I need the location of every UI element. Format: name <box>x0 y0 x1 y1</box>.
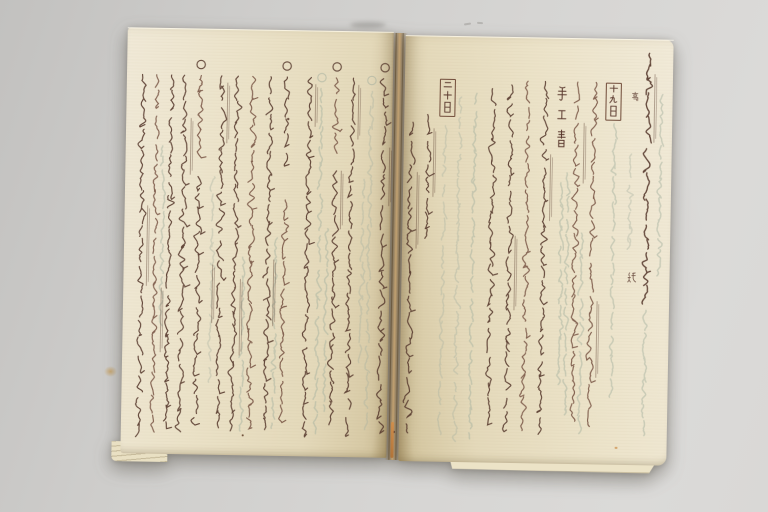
photo-backdrop: 〇 十九日 <box>0 0 768 512</box>
interlinear-note-1: 高 <box>631 91 640 102</box>
section-title-column: 手工書 <box>555 85 569 159</box>
ink-smudge <box>350 22 386 28</box>
stain-spot <box>104 366 117 377</box>
date-header-19-text: 十九日 <box>606 120 607 121</box>
date-header-20-text: 二十日 <box>440 116 441 117</box>
left-page: 〇 <box>120 27 393 458</box>
interlinear-note-2: 紙 <box>626 272 636 284</box>
circle-marker-symbol: 〇 <box>128 27 129 28</box>
date-header-19: 十九日 <box>605 83 622 121</box>
kanji-note-taka <box>631 91 640 102</box>
open-book: 〇 十九日 <box>120 25 676 470</box>
ink-speck <box>242 434 244 436</box>
kanji-title-glyphs <box>555 85 569 159</box>
date-header-20: 二十日 <box>439 79 456 117</box>
binding-thread <box>390 422 394 458</box>
kanji-20-glyphs <box>440 80 455 116</box>
kanji-19-glyphs <box>606 84 621 120</box>
pencil-mark <box>477 22 483 25</box>
pencil-mark <box>464 23 471 26</box>
kanji-note-kami <box>626 272 636 284</box>
paper-fleck <box>615 447 618 449</box>
